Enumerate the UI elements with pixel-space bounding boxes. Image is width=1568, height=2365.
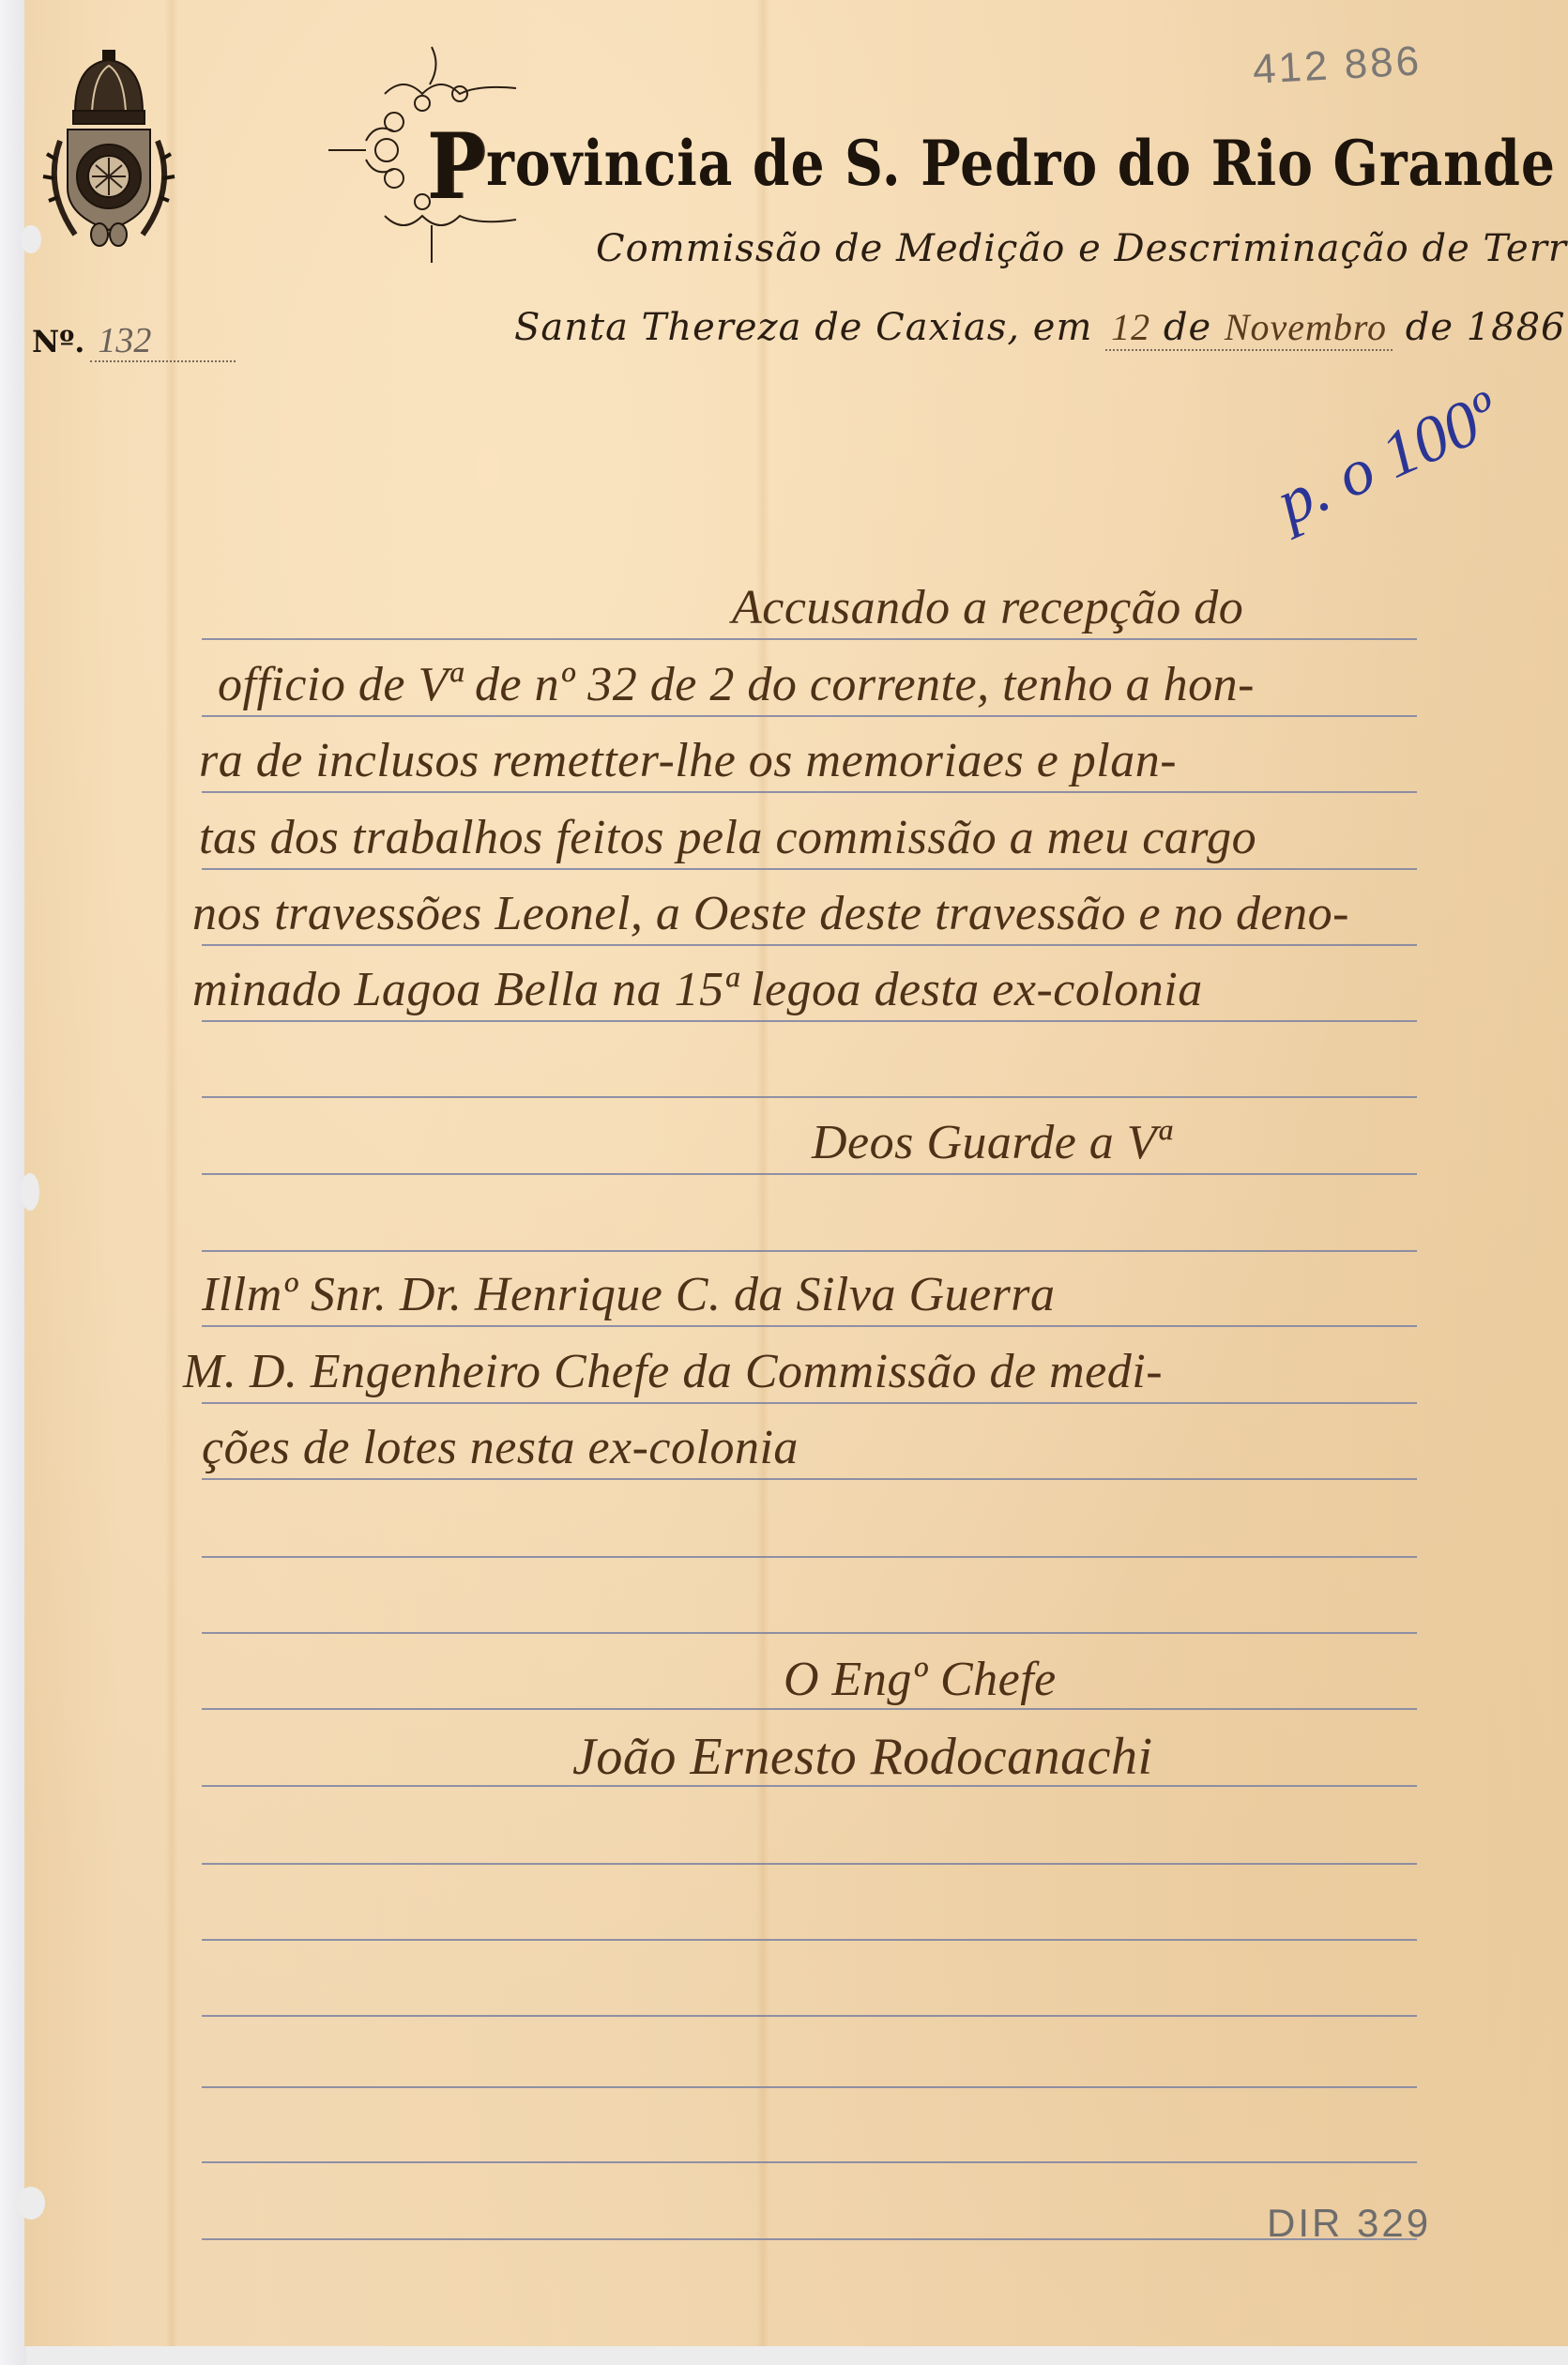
ruled-line <box>202 715 1417 717</box>
ruled-line <box>202 791 1417 793</box>
ruled-line <box>202 1939 1417 1941</box>
ruled-line <box>202 1478 1417 1480</box>
title-initial: P <box>427 114 486 220</box>
ruled-line <box>202 1863 1417 1865</box>
body-line: tas dos trabalhos feitos pela commissão … <box>199 810 1256 865</box>
ruled-line <box>202 1020 1417 1022</box>
ruled-line <box>202 2086 1417 2088</box>
body-line: officio de Vª de nº 32 de 2 do corrente,… <box>218 657 1255 712</box>
edge-tear <box>17 2187 45 2220</box>
addressee-line: M. D. Engenheiro Chefe da Commissão de m… <box>183 1344 1163 1399</box>
document-number: Nº.132 <box>32 319 236 361</box>
ruled-line <box>202 638 1417 640</box>
ruled-line <box>202 944 1417 946</box>
letterhead-subtitle: Commissão de Medição e Descriminação de … <box>596 227 1568 270</box>
title-rest: rovincia de S. Pedro do Rio Grande do Su… <box>486 127 1568 200</box>
ruled-line <box>202 2161 1417 2163</box>
ruled-line <box>202 1556 1417 1558</box>
ruled-line <box>202 868 1417 870</box>
date-day: 12 <box>1111 306 1150 348</box>
date-fill: 12 de Novembro <box>1105 306 1393 351</box>
addressee-line: Illmº Snr. Dr. Henrique C. da Silva Guer… <box>202 1267 1056 1322</box>
date-month: Novembro <box>1225 306 1387 348</box>
ruled-line <box>202 2238 1417 2240</box>
signature-name: João Ernesto Rodocanachi <box>572 1727 1153 1787</box>
letterhead-title: Provincia de S. Pedro do Rio Grande do S… <box>427 122 1363 212</box>
closing-salutation: Deos Guarde a Vª <box>812 1115 1171 1170</box>
addressee-line: ções de lotes nesta ex-colonia <box>202 1420 799 1475</box>
date-de: de <box>1164 306 1211 349</box>
archive-pencil-mark-top: 412 886 <box>1252 38 1423 93</box>
ruled-line <box>202 1250 1417 1252</box>
place-prefix: Santa Thereza de Caxias, em <box>514 306 1092 349</box>
ruled-line <box>202 1632 1417 1634</box>
body-line: Accusando a recepção do <box>732 580 1243 635</box>
ruled-line <box>202 1402 1417 1404</box>
body-line: minado Lagoa Bella na 15ª legoa desta ex… <box>192 962 1203 1017</box>
number-value: 132 <box>90 321 236 362</box>
ruled-line <box>202 2015 1417 2017</box>
place-date-line: Santa Thereza de Caxias, em 12 de Novemb… <box>514 305 1568 349</box>
ruled-line <box>202 1708 1417 1710</box>
ruled-line <box>202 1096 1417 1098</box>
imperial-crest-icon <box>38 47 188 253</box>
ruled-line <box>202 1325 1417 1327</box>
date-year: de 1886. <box>1406 306 1568 349</box>
signature-title: O Engº Chefe <box>784 1652 1057 1707</box>
body-line: ra de inclusos remetter-lhe os memoriaes… <box>199 733 1177 788</box>
edge-tear <box>21 1173 39 1211</box>
ruled-line <box>202 1173 1417 1175</box>
body-line: nos travessões Leonel, a Oeste deste tra… <box>192 886 1349 941</box>
number-label: Nº. <box>32 324 84 359</box>
